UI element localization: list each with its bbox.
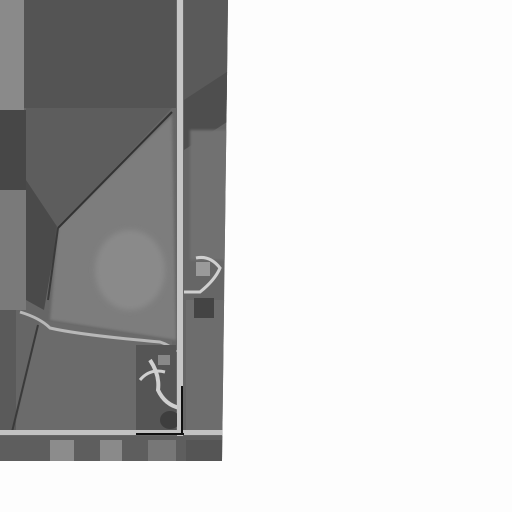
- road-east-west: [0, 430, 230, 435]
- farmstead: [136, 345, 180, 433]
- aerial-photo: [0, 0, 512, 512]
- field-north: [24, 0, 176, 108]
- field-light-strip: [0, 0, 24, 110]
- photo-content: [0, 0, 230, 462]
